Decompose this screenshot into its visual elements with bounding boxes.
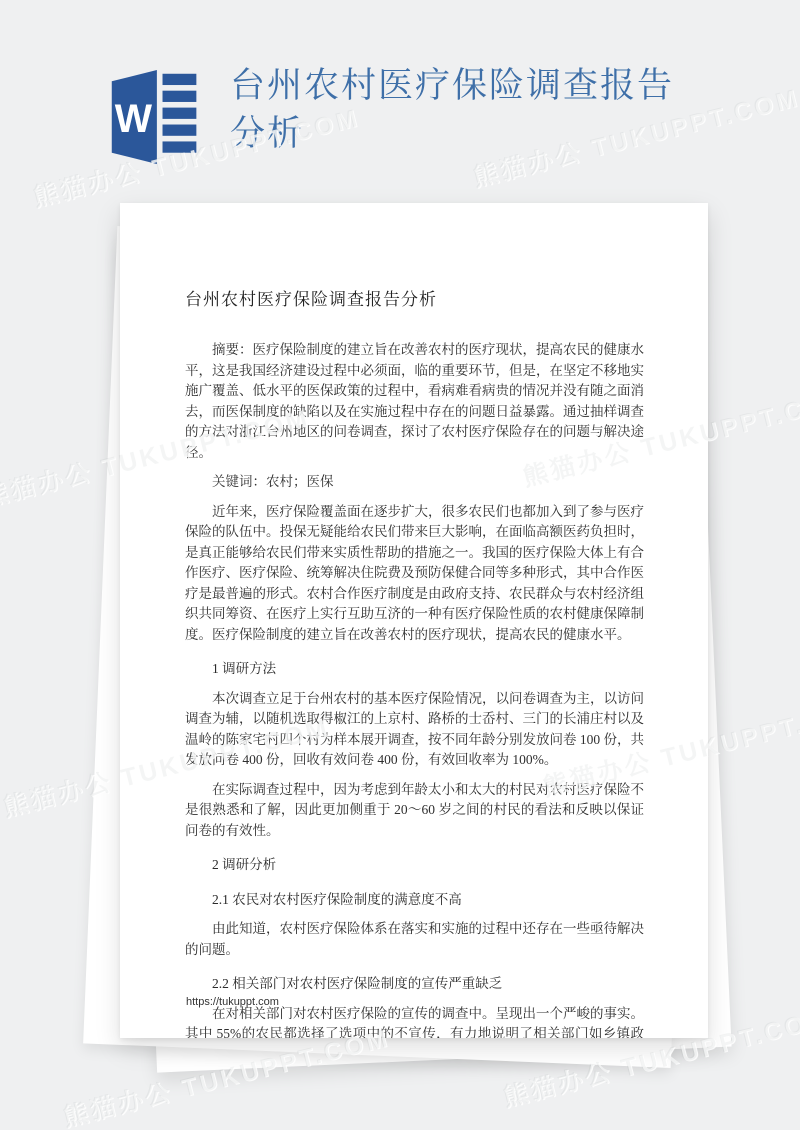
section-heading: 1 调研方法 (185, 659, 644, 680)
paragraph: 在实际调查过程中，因为考虑到年龄太小和太大的村民对农村医疗保险不是很熟悉和了解，… (185, 780, 644, 842)
document-page: 台州农村医疗保险调查报告分析 摘要：医疗保险制度的建立旨在改善农村的医疗现状，提… (120, 203, 708, 1038)
document-body: 摘要：医疗保险制度的建立旨在改善农村的医疗现状，提高农民的健康水平，这是我国经济… (185, 340, 644, 1038)
document-footer-link[interactable]: https://tukuppt.com (186, 996, 279, 1008)
word-icon-letter: W (115, 97, 153, 141)
word-file-icon: W (108, 66, 202, 168)
section-heading: 2.1 农民对农村医疗保险制度的满意度不高 (185, 890, 644, 911)
section-heading: 2 调研分析 (185, 855, 644, 876)
word-icon-graphic: W (108, 66, 202, 168)
page-background: W 台州农村医疗保险调查报告分析 台州农村医疗保险调查报告分析 摘要：医疗保险制… (0, 0, 800, 1130)
paragraph: 近年来，医疗保险覆盖面在逐步扩大，很多农民们也都加入到了参与医疗保险的队伍中。投… (185, 502, 644, 646)
paragraph: 在对相关部门对农村医疗保险的宣传的调查中。呈现出一个严峻的事实。其中 55%的农… (185, 1004, 644, 1039)
document-title: 台州农村医疗保险调查报告分析 (185, 285, 644, 310)
paragraph: 关键词：农村；医保 (185, 472, 644, 493)
paragraph: 摘要：医疗保险制度的建立旨在改善农村的医疗现状，提高农民的健康水平，这是我国经济… (185, 340, 644, 463)
section-heading: 2.2 相关部门对农村医疗保险制度的宣传严重缺乏 (185, 974, 644, 995)
page-title: 台州农村医疗保险调查报告分析 (230, 62, 675, 159)
paragraph: 由此知道，农村医疗保险体系在落实和实施的过程中还存在一些亟待解决的问题。 (185, 919, 644, 960)
document-header: W 台州农村医疗保险调查报告分析 (108, 62, 675, 168)
paragraph: 本次调查立足于台州农村的基本医疗保险情况，以问卷调查为主，以访问调查为辅，以随机… (185, 689, 644, 771)
